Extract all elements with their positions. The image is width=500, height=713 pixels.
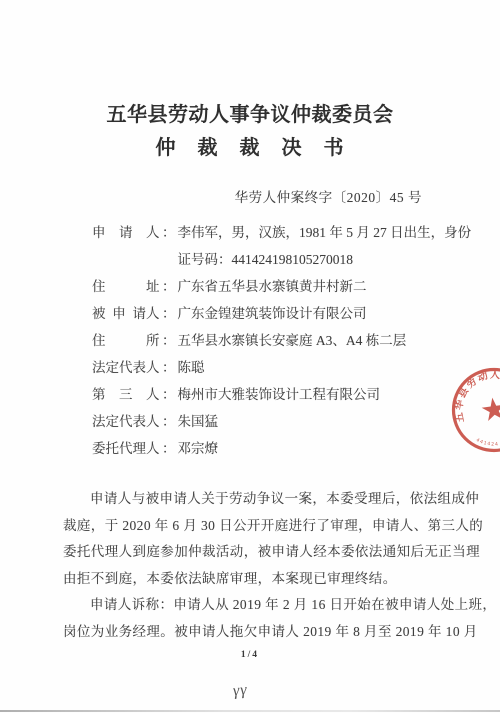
- party-row: 委托代理人 ： 邓宗燎: [92, 435, 440, 462]
- parties-section: 申 请 人 ： 李伟军，男，汉族，1981 年 5 月 27 日出生，身份证号码…: [92, 219, 440, 462]
- body-paragraph: 申请人与被申请人关于劳动争议一案，本委受理后，依法组成仲裁庭，于 2020 年 …: [63, 486, 438, 592]
- party-label: 住 所: [92, 327, 162, 354]
- body-paragraph: 申请人诉称：申请人从 2019 年 2 月 16 日开始在被申请人处上班，岗位为…: [63, 592, 438, 645]
- party-colon: ：: [162, 219, 176, 273]
- case-number: 华劳人仲案终字〔2020〕45 号: [0, 186, 500, 206]
- party-colon: ：: [162, 273, 176, 300]
- paragraph-line: 裁庭，于 2020 年 6 月 30 日公开开庭进行了审理，申请人、第三人的: [63, 513, 438, 540]
- party-value-line: 朱国猛: [178, 408, 441, 435]
- party-value-line: 李伟军，男，汉族，1981 年 5 月 27 日出生，身份: [178, 219, 472, 246]
- party-row: 法定代表人 ： 陈聪: [92, 354, 440, 381]
- party-row: 住 所 ： 五华县水寨镇长安豪庭 A3、A4 栋二层: [92, 327, 440, 354]
- party-label: 住 址: [92, 273, 162, 300]
- party-label: 第 三 人: [92, 381, 162, 408]
- party-colon: ：: [162, 408, 176, 435]
- paragraph-line: 申请人诉称：申请人从 2019 年 2 月 16 日开始在被申请人处上班，: [63, 592, 438, 619]
- party-colon: ：: [162, 354, 176, 381]
- party-value-line: 广东省五华县水寨镇黄井村新二: [178, 273, 441, 300]
- paragraph-line: 委托代理人到庭参加仲裁活动，被申请人经本委依法通知后无正当理: [63, 539, 438, 566]
- party-value: 梅州市大雅装饰设计工程有限公司: [178, 381, 441, 408]
- party-colon: ：: [162, 435, 176, 462]
- party-value-line: 邓宗燎: [178, 435, 441, 462]
- party-value: 广东省五华县水寨镇黄井村新二: [178, 273, 441, 300]
- arbitration-decision-document: 五华县劳动人事争议仲裁委员会 仲 裁 裁 决 书 华劳人仲案终字〔2020〕45…: [0, 0, 500, 645]
- party-colon: ：: [162, 327, 176, 354]
- party-colon: ：: [162, 300, 176, 327]
- party-value: 五华县水寨镇长安豪庭 A3、A4 栋二层: [178, 327, 441, 354]
- party-value: 朱国猛: [178, 408, 441, 435]
- party-row: 申 请 人 ： 李伟军，男，汉族，1981 年 5 月 27 日出生，身份证号码…: [92, 219, 440, 273]
- party-label: 被 申 请人: [92, 300, 162, 327]
- official-seal-stamp: 五华县劳动人事争议仲裁委员会 441424: [448, 362, 500, 460]
- party-label: 委托代理人: [92, 435, 162, 462]
- party-row: 被 申 请人 ： 广东金锽建筑装饰设计有限公司: [92, 300, 440, 327]
- party-value-line: 广东金锽建筑装饰设计有限公司: [178, 300, 441, 327]
- document-type-title: 仲 裁 裁 决 书: [0, 136, 500, 160]
- paragraph-line: 岗位为业务经理。被申请人拖欠申请人 2019 年 8 月至 2019 年 10 …: [63, 619, 438, 646]
- page-number: 1/4: [0, 650, 500, 660]
- document-body: 申请人与被申请人关于劳动争议一案，本委受理后，依法组成仲裁庭，于 2020 年 …: [63, 486, 438, 645]
- party-value: 广东金锽建筑装饰设计有限公司: [178, 300, 441, 327]
- scanned-document-page: 五华县劳动人事争议仲裁委员会 仲 裁 裁 决 书 华劳人仲案终字〔2020〕45…: [0, 0, 500, 713]
- party-colon: ：: [162, 381, 176, 408]
- party-label: 法定代表人: [92, 408, 162, 435]
- party-row: 第 三 人 ： 梅州市大雅装饰设计工程有限公司: [92, 381, 440, 408]
- scan-edge-shadow: [0, 710, 500, 712]
- paragraph-line: 由拒不到庭，本委依法缺席审理，本案现已审理终结。: [63, 566, 438, 593]
- party-label: 法定代表人: [92, 354, 162, 381]
- party-label: 申 请 人: [92, 219, 162, 273]
- party-value-line: 梅州市大雅装饰设计工程有限公司: [178, 381, 441, 408]
- paragraph-line: 申请人与被申请人关于劳动争议一案，本委受理后，依法组成仲: [63, 486, 438, 513]
- party-value: 陈聪: [178, 354, 441, 381]
- red-star-icon: [480, 396, 500, 422]
- party-value: 李伟军，男，汉族，1981 年 5 月 27 日出生，身份证号码：4414241…: [178, 219, 472, 273]
- party-value-line: 陈聪: [178, 354, 441, 381]
- party-value-line: 五华县水寨镇长安豪庭 A3、A4 栋二层: [178, 327, 441, 354]
- party-row: 住 址 ： 广东省五华县水寨镇黄井村新二: [92, 273, 440, 300]
- party-value-line: 证号码：441424198105270018: [178, 246, 472, 273]
- party-value: 邓宗燎: [178, 435, 441, 462]
- handwritten-mark: γγ: [232, 681, 248, 700]
- committee-name-title: 五华县劳动人事争议仲裁委员会: [0, 103, 500, 127]
- party-row: 法定代表人 ： 朱国猛: [92, 408, 440, 435]
